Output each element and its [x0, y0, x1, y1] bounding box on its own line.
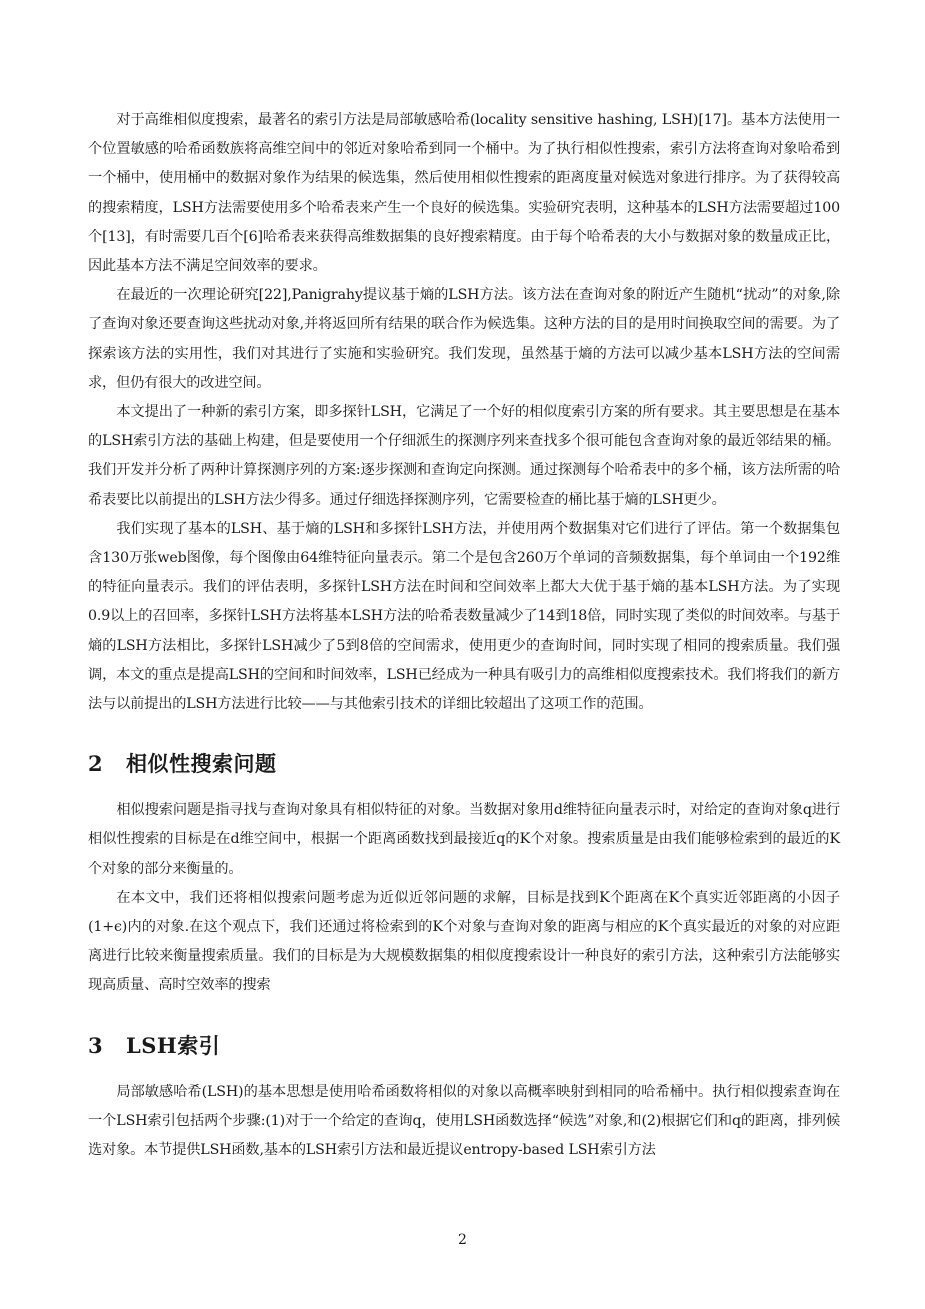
section-title: 相似性搜索问题: [126, 751, 277, 776]
section-heading-3: 3LSH索引: [88, 1031, 840, 1061]
section-title: LSH索引: [126, 1033, 220, 1058]
document-page: 对于高维相似度搜索，最著名的索引方法是局部敏感哈希(locality sensi…: [88, 106, 840, 1165]
page-number: 2: [0, 1232, 925, 1248]
section-number: 2: [88, 749, 126, 779]
section-number: 3: [88, 1031, 126, 1061]
intro-paragraph-1: 对于高维相似度搜索，最著名的索引方法是局部敏感哈希(locality sensi…: [88, 106, 840, 281]
intro-paragraph-3: 本文提出了一种新的索引方案，即多探针LSH，它满足了一个好的相似度索引方案的所有…: [88, 398, 840, 515]
section3-paragraph-1: 局部敏感哈希(LSH)的基本思想是使用哈希函数将相似的对象以高概率映射到相同的哈…: [88, 1078, 840, 1166]
intro-paragraph-4: 我们实现了基本的LSH、基于熵的LSH和多探针LSH方法，并使用两个数据集对它们…: [88, 515, 840, 719]
section2-paragraph-2: 在本文中，我们还将相似搜索问题考虑为近似近邻问题的求解，目标是找到K个距离在K个…: [88, 884, 840, 1001]
section2-paragraph-1: 相似搜索问题是指寻找与查询对象具有相似特征的对象。当数据对象用d维特征向量表示时…: [88, 796, 840, 884]
intro-paragraph-2: 在最近的一次理论研究[22],Panigrahy提议基于熵的LSH方法。该方法在…: [88, 281, 840, 398]
section-heading-2: 2相似性搜索问题: [88, 749, 840, 779]
